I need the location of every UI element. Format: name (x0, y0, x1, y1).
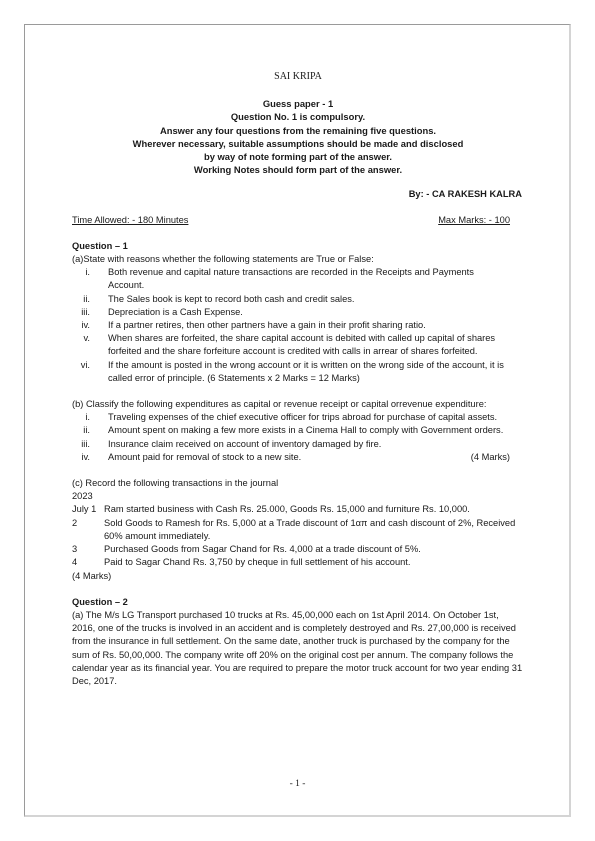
instruction-line: by way of note forming part of the answe… (72, 150, 524, 163)
instruction-line: Question No. 1 is compulsory. (72, 110, 524, 123)
q1-part-b-list: i.Traveling expenses of the chief execut… (72, 411, 524, 464)
list-item: ii.The Sales book is kept to record both… (72, 293, 524, 306)
list-item: iv.If a partner retires, then other part… (72, 319, 524, 332)
exam-instructions: Guess paper - 1 Question No. 1 is compul… (72, 97, 524, 176)
time-allowed: Time Allowed: - 180 Minutes (72, 214, 188, 227)
list-item: v.When shares are forfeited, the share c… (72, 332, 524, 358)
author-line: By: - CA RAKESH KALRA (72, 188, 524, 201)
instruction-line: Answer any four questions from the remai… (72, 124, 524, 137)
page-number: - 1 - (0, 779, 595, 789)
list-item: iii.Depreciation is a Cash Expense. (72, 306, 524, 319)
question-2-heading: Question – 2 (72, 596, 524, 609)
q1-part-c-intro: (c) Record the following transactions in… (72, 477, 524, 490)
list-item: i.Both revenue and capital nature transa… (72, 266, 524, 292)
journal-entry: 2Sold Goods to Ramesh for Rs. 5,000 at a… (72, 517, 524, 543)
list-item: iii.Insurance claim received on account … (72, 438, 524, 451)
list-item: i.Traveling expenses of the chief execut… (72, 411, 524, 424)
marks-label: (4 Marks) (72, 570, 524, 583)
list-item: iv.Amount paid for removal of stock to a… (72, 451, 524, 464)
q1-part-a-list: i.Both revenue and capital nature transa… (72, 266, 524, 385)
exam-meta: Time Allowed: - 180 Minutes Max Marks: -… (72, 214, 524, 227)
marks-label: (4 Marks) (471, 451, 510, 464)
journal-entry: 4Paid to Sagar Chand Rs. 3,750 by cheque… (72, 556, 524, 569)
journal-year: 2023 (72, 490, 524, 503)
list-item: vi.If the amount is posted in the wrong … (72, 359, 524, 385)
question-1-heading: Question – 1 (72, 240, 524, 253)
instruction-line: Wherever necessary, suitable assumptions… (72, 137, 524, 150)
max-marks: Max Marks: - 100 (438, 214, 510, 227)
q1-part-a-intro: (a)State with reasons whether the follow… (72, 253, 524, 266)
instruction-line: Working Notes should form part of the an… (72, 163, 524, 176)
spacer (72, 464, 524, 477)
q2-part-a: (a) The M/s LG Transport purchased 10 tr… (72, 609, 524, 688)
q1-part-b-intro: (b) Classify the following expenditures … (72, 398, 524, 411)
journal-entry: July 1Ram started business with Cash Rs.… (72, 503, 524, 516)
list-item: ii.Amount spent on making a few more exi… (72, 424, 524, 437)
paper-title: Guess paper - 1 (72, 97, 524, 110)
org-name: SAI KRIPA (72, 70, 524, 83)
document-body: SAI KRIPA Guess paper - 1 Question No. 1… (72, 70, 524, 688)
journal-entry: 3Purchased Goods from Sagar Chand for Rs… (72, 543, 524, 556)
spacer (72, 385, 524, 398)
